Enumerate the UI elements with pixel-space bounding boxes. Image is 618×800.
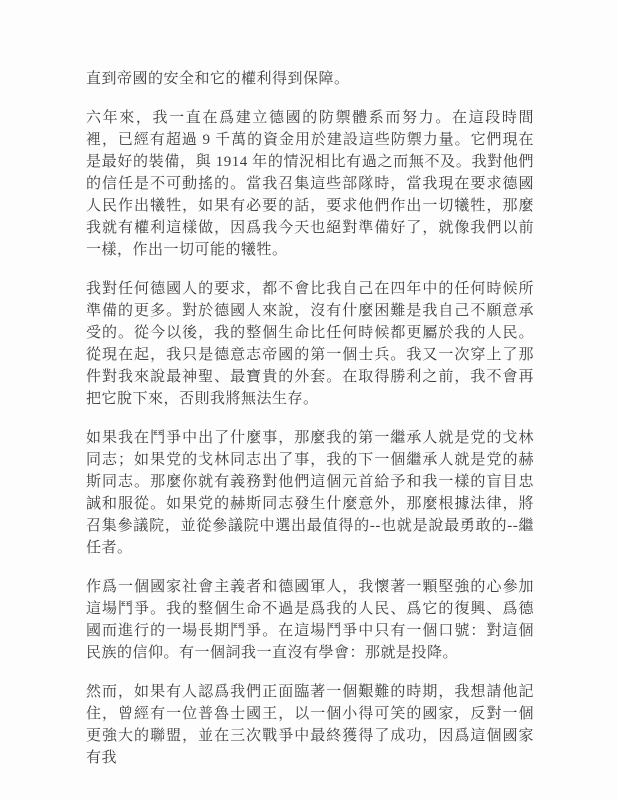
text-block: 直到帝國的安全和它的權利得到保障。 六年來，我一直在爲建立德國的防禦體系而努力。… [86, 68, 534, 786]
paragraph-1: 直到帝國的安全和它的權利得到保障。 [86, 68, 534, 90]
paragraph-6: 然而，如果有人認爲我們正面臨著一個艱難的時期，我想請他記住，曾經有一位普魯士國王… [86, 681, 534, 769]
paragraph-5: 作爲一個國家社會主義者和德國軍人，我懷著一顆堅強的心參加這場鬥爭。我的整個生命不… [86, 576, 534, 664]
document-page: 直到帝國的安全和它的權利得到保障。 六年來，我一直在爲建立德國的防禦體系而努力。… [0, 0, 618, 800]
paragraph-3: 我對任何德國人的要求，都不會比我自己在四年中的任何時候所準備的更多。對於德國人來… [86, 278, 534, 410]
paragraph-4: 如果我在鬥爭中出了什麼事，那麼我的第一繼承人就是党的戈林同志；如果党的戈林同志出… [86, 427, 534, 559]
paragraph-2: 六年來，我一直在爲建立德國的防禦體系而努力。在這段時間裡，已經有超過 9 千萬的… [86, 107, 534, 261]
